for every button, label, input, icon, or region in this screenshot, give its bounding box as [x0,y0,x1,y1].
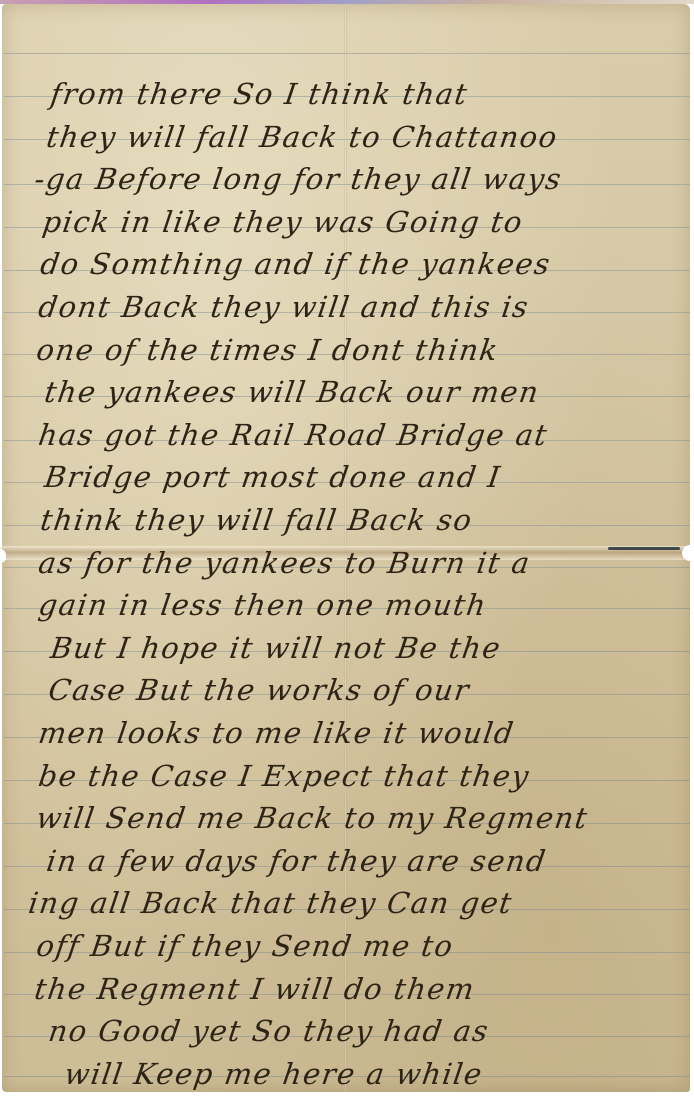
handwritten-line: they will fall Back to Chattanoo [44,117,694,157]
handwritten-line: be the Case I Expect that they [36,756,692,796]
handwritten-line: has got the Rail Road Bridge at [36,415,692,455]
handwritten-line: no Good yet So they had as [46,1011,694,1051]
handwritten-line: But I hope it will not Be the [48,628,694,668]
handwritten-line: as for the yankees to Burn it a [36,543,692,583]
handwritten-line: will Send me Back to my Regment [34,798,690,838]
handwritten-line: dont Back they will and this is [36,287,692,327]
handwritten-line: -ga Before long for they all ways [32,159,688,199]
handwritten-line: the yankees will Back our men [42,372,694,412]
handwritten-line: Case But the works of our [46,670,694,710]
handwritten-line: pick in like they was Going to [40,202,694,242]
handwritten-line: ing all Back that they Can get [26,883,682,923]
handwritten-line: one of the times I dont think [34,330,690,370]
handwritten-line: will Keep me here a while [62,1054,694,1094]
ruled-line [4,53,690,54]
handwritten-line: in a few days for they are send [44,841,694,881]
handwritten-line: off But if they Send me to [34,926,690,966]
handwritten-line: think they will fall Back so [38,500,694,540]
handwritten-line: from there So I think that [48,74,694,114]
handwritten-line: gain in less then one mouth [36,585,692,625]
handwritten-line: Bridge port most done and I [42,457,694,497]
handwritten-line: do Somthing and if the yankees [38,244,694,284]
handwritten-line: men looks to me like it would [36,713,692,753]
handwritten-line: the Regment I will do them [32,969,688,1009]
